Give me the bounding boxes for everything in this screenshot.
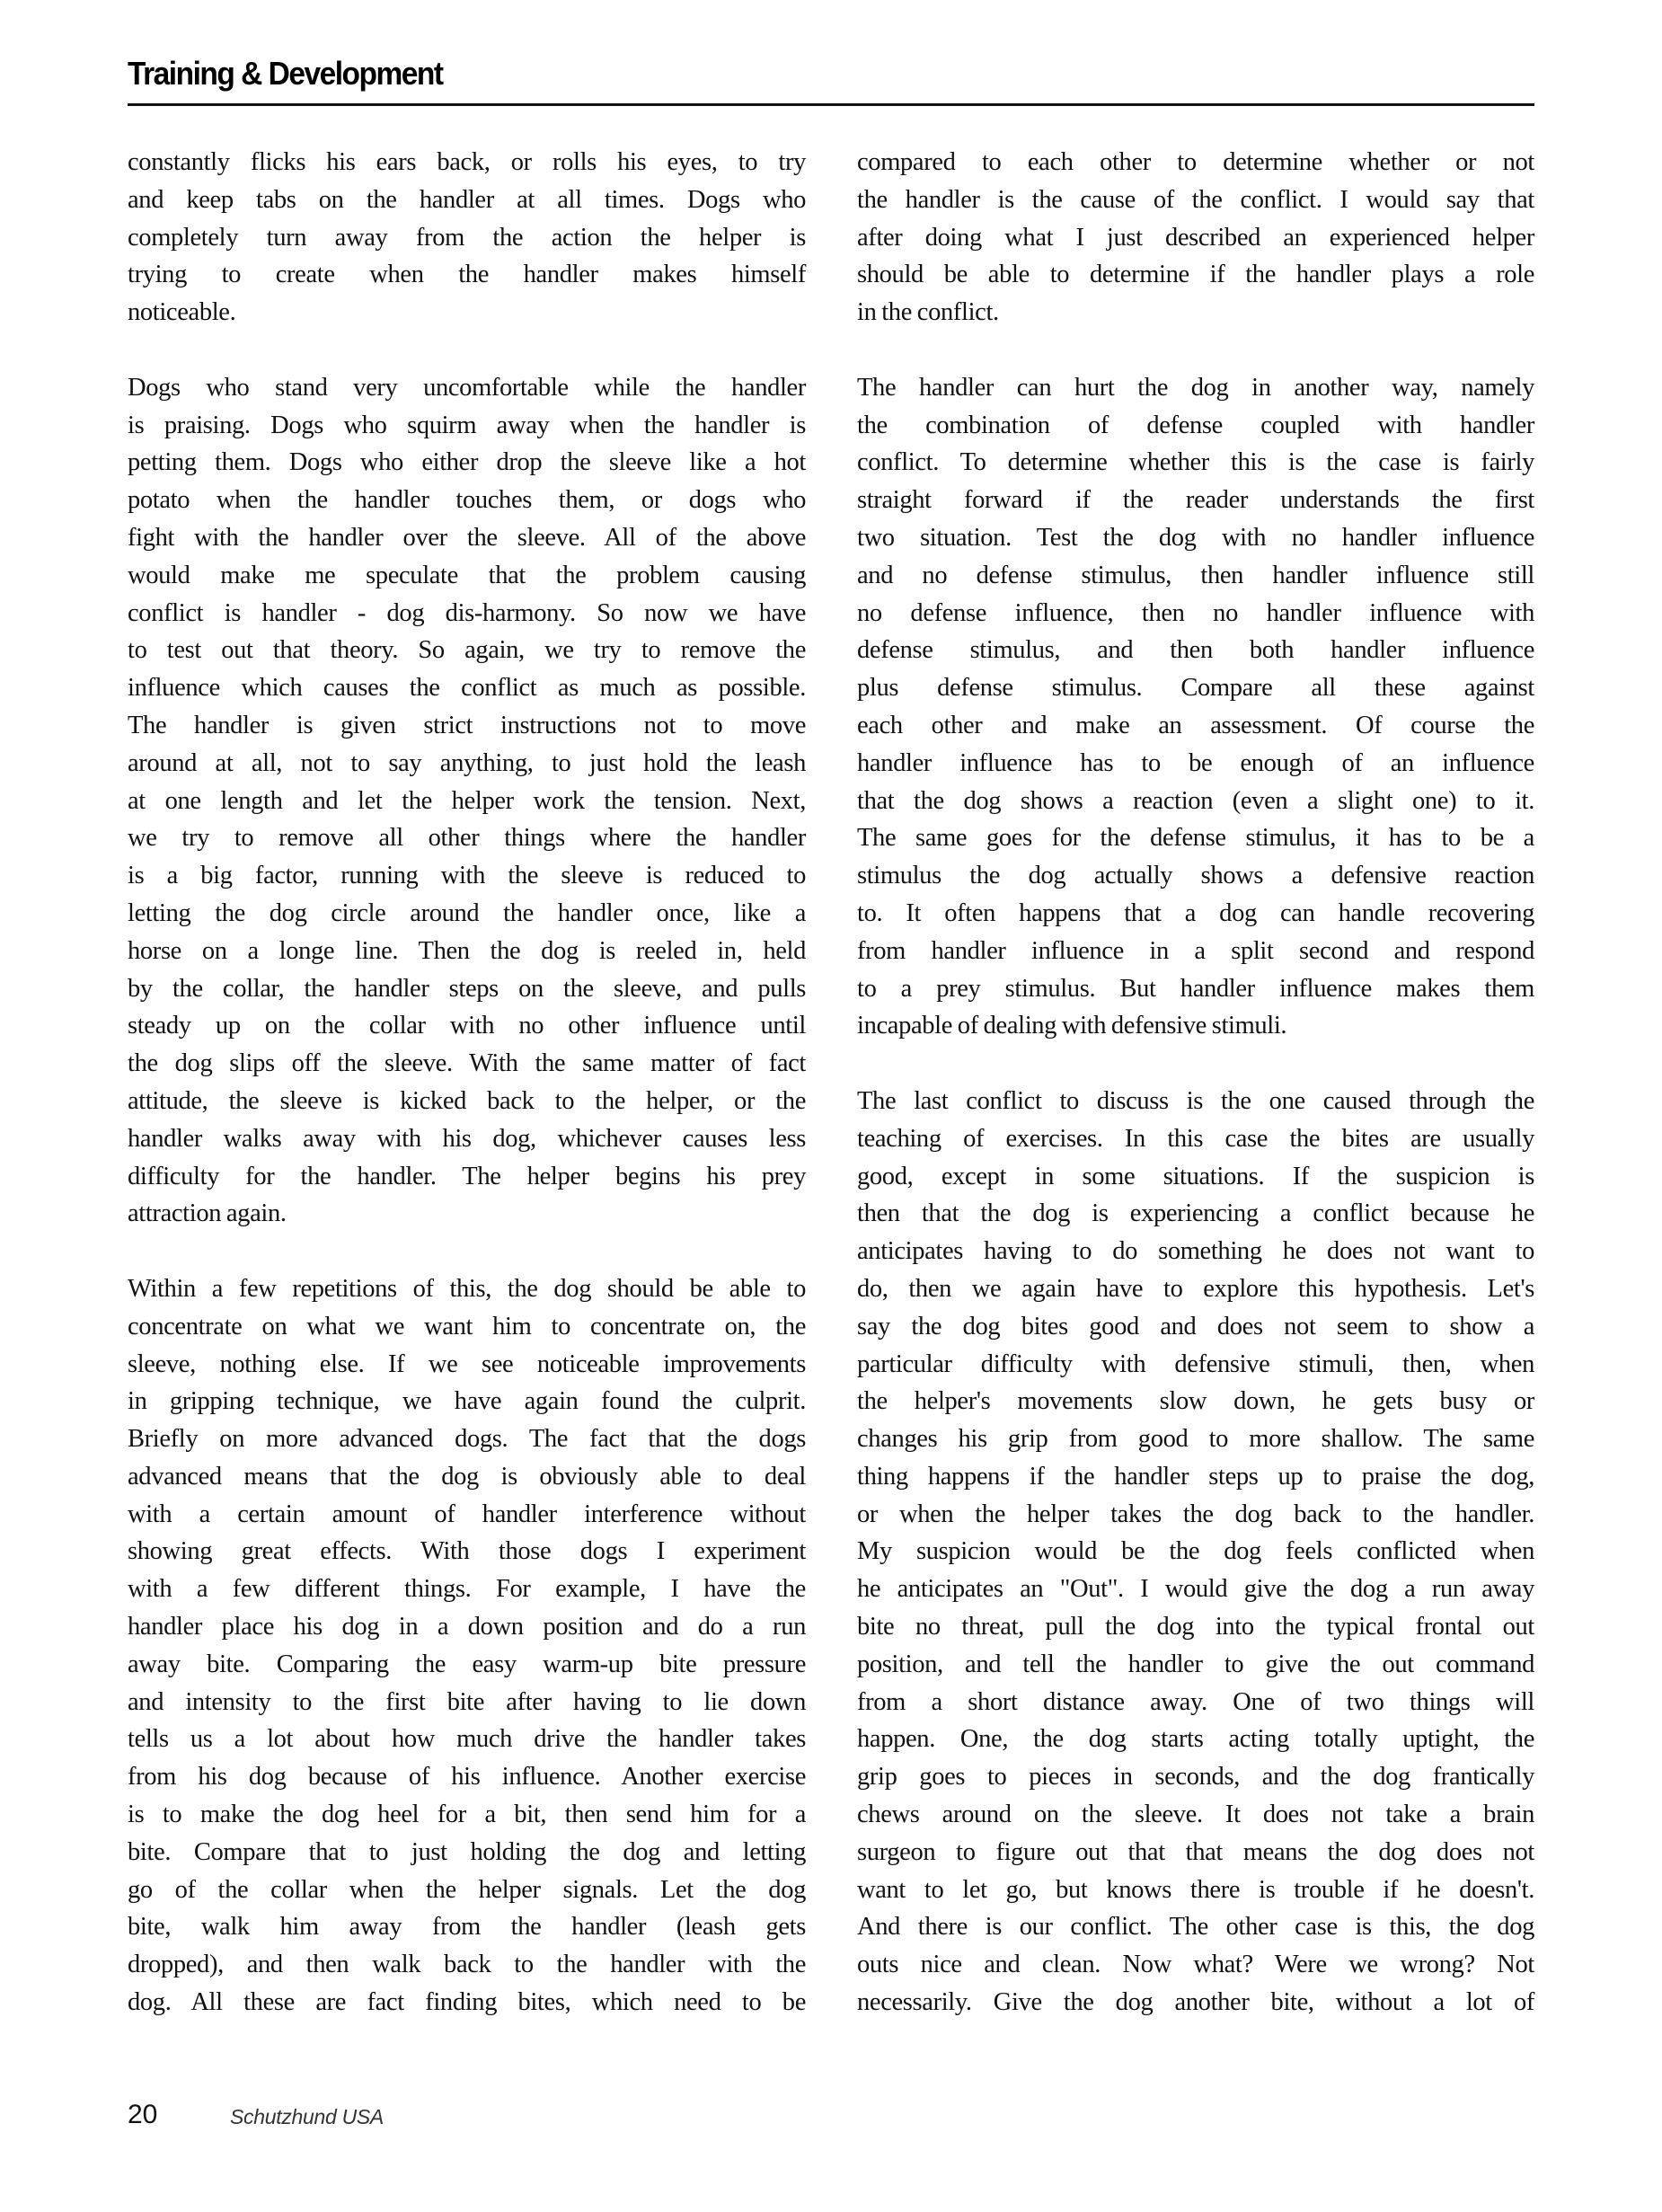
text-line: from a short distance away. One of two t… (857, 1684, 1534, 1721)
text-line: by the collar, the handler steps on the … (128, 970, 806, 1008)
text-line: with a certain amount of handler interfe… (128, 1496, 806, 1534)
text-line: thing happens if the handler steps up to… (857, 1458, 1534, 1496)
text-line: handler place his dog in a down position… (128, 1608, 806, 1646)
text-line: petting them. Dogs who either drop the s… (128, 444, 806, 482)
text-line: away bite. Comparing the easy warm-up bi… (128, 1646, 806, 1684)
body-paragraph: constantly flicks his ears back, or roll… (128, 144, 806, 332)
text-line: difficulty for the handler. The helper b… (128, 1158, 806, 1196)
text-line: do, then we again have to explore this h… (857, 1270, 1534, 1308)
text-line: Briefly on more advanced dogs. The fact … (128, 1420, 806, 1458)
text-line: the helper's movements slow down, he get… (857, 1383, 1534, 1420)
text-line: each other and make an assessment. Of co… (857, 707, 1534, 745)
body-paragraph: compared to each other to determine whet… (857, 144, 1534, 332)
text-line: potato when the handler touches them, or… (128, 482, 806, 519)
text-line: The same goes for the defense stimulus, … (857, 819, 1534, 857)
text-line: conflict. To determine whether this is t… (857, 444, 1534, 482)
text-line: noticeable. (128, 294, 806, 332)
text-line: in the conflict. (857, 294, 1534, 332)
text-line: Dogs who stand very uncomfortable while … (128, 369, 806, 407)
text-line: And there is our conflict. The other cas… (857, 1908, 1534, 1946)
text-line: then that the dog is experiencing a conf… (857, 1195, 1534, 1233)
text-line: chews around on the sleeve. It does not … (857, 1796, 1534, 1834)
text-line: steady up on the collar with no other in… (128, 1007, 806, 1045)
text-line: fight with the handler over the sleeve. … (128, 519, 806, 557)
text-line: completely turn away from the action the… (128, 219, 806, 257)
body-paragraph: Dogs who stand very uncomfortable while … (128, 369, 806, 1233)
text-line: The handler is given strict instructions… (128, 707, 806, 745)
publication-name: Schutzhund USA (230, 2103, 384, 2130)
text-line: want to let go, but knows there is troub… (857, 1871, 1534, 1909)
text-line: he anticipates an "Out". I would give th… (857, 1571, 1534, 1608)
text-line: compared to each other to determine whet… (857, 144, 1534, 181)
text-line: particular difficulty with defensive sti… (857, 1346, 1534, 1384)
text-line: attitude, the sleeve is kicked back to t… (128, 1083, 806, 1120)
text-line: and no defense stimulus, then handler in… (857, 557, 1534, 595)
text-line: go of the collar when the helper signals… (128, 1871, 806, 1909)
text-line: from handler influence in a split second… (857, 933, 1534, 970)
text-line: happen. One, the dog starts acting total… (857, 1721, 1534, 1758)
text-line: at one length and let the helper work th… (128, 783, 806, 820)
text-line: with a few different things. For example… (128, 1571, 806, 1608)
text-line: and intensity to the first bite after ha… (128, 1684, 806, 1721)
text-line: Within a few repetitions of this, the do… (128, 1270, 806, 1308)
text-line: trying to create when the handler makes … (128, 256, 806, 294)
text-line: we try to remove all other things where … (128, 819, 806, 857)
text-line: outs nice and clean. Now what? Were we w… (857, 1946, 1534, 1984)
text-line: would make me speculate that the problem… (128, 557, 806, 595)
text-line: My suspicion would be the dog feels conf… (857, 1533, 1534, 1571)
text-line: horse on a longe line. Then the dog is r… (128, 933, 806, 970)
right-column: compared to each other to determine whet… (857, 144, 1534, 2022)
text-line: after doing what I just described an exp… (857, 219, 1534, 257)
body-paragraph: Within a few repetitions of this, the do… (128, 1270, 806, 2022)
text-line: around at all, not to say anything, to j… (128, 745, 806, 783)
body-paragraph: The last conflict to discuss is the one … (857, 1083, 1534, 2022)
text-line: plus defense stimulus. Compare all these… (857, 669, 1534, 707)
text-line: dog. All these are fact finding bites, w… (128, 1984, 806, 2022)
page-number: 20 (128, 2099, 157, 2131)
text-line: good, except in some situations. If the … (857, 1158, 1534, 1196)
text-line: the dog slips off the sleeve. With the s… (128, 1045, 806, 1083)
text-line: should be able to determine if the handl… (857, 256, 1534, 294)
text-line: constantly flicks his ears back, or roll… (128, 144, 806, 181)
text-line: advanced means that the dog is obviously… (128, 1458, 806, 1496)
section-title: Training & Development (128, 52, 442, 95)
text-line: to. It often happens that a dog can hand… (857, 895, 1534, 933)
body-paragraph: The handler can hurt the dog in another … (857, 369, 1534, 1045)
page-footer: 20 Schutzhund USA (128, 2099, 667, 2135)
text-line: no defense influence, then no handler in… (857, 595, 1534, 633)
text-line: necessarily. Give the dog another bite, … (857, 1984, 1534, 2022)
text-line: influence which causes the conflict as m… (128, 669, 806, 707)
text-line: handler influence has to be enough of an… (857, 745, 1534, 783)
text-line: two situation. Test the dog with no hand… (857, 519, 1534, 557)
text-line: handler walks away with his dog, whichev… (128, 1120, 806, 1158)
text-line: position, and tell the handler to give t… (857, 1646, 1534, 1684)
text-line: concentrate on what we want him to conce… (128, 1308, 806, 1346)
text-line: or when the helper takes the dog back to… (857, 1496, 1534, 1534)
text-line: sleeve, nothing else. If we see noticeab… (128, 1346, 806, 1384)
text-line: anticipates having to do something he do… (857, 1233, 1534, 1270)
text-line: defense stimulus, and then both handler … (857, 632, 1534, 669)
text-line: conflict is handler - dog dis-harmony. S… (128, 595, 806, 633)
text-line: in gripping technique, we have again fou… (128, 1383, 806, 1420)
text-line: is to make the dog heel for a bit, then … (128, 1796, 806, 1834)
text-line: stimulus the dog actually shows a defens… (857, 857, 1534, 895)
text-line: bite, walk him away from the handler (le… (128, 1908, 806, 1946)
text-line: The handler can hurt the dog in another … (857, 369, 1534, 407)
left-column: constantly flicks his ears back, or roll… (128, 144, 806, 2022)
header-rule (128, 103, 1534, 106)
text-line: and keep tabs on the handler at all time… (128, 181, 806, 219)
text-line: bite no threat, pull the dog into the ty… (857, 1608, 1534, 1646)
text-line: The last conflict to discuss is the one … (857, 1083, 1534, 1120)
text-line: teaching of exercises. In this case the … (857, 1120, 1534, 1158)
text-line: the handler is the cause of the conflict… (857, 181, 1534, 219)
page-header: Training & Development (128, 52, 1534, 95)
text-line: is praising. Dogs who squirm away when t… (128, 407, 806, 445)
text-line: that the dog shows a reaction (even a sl… (857, 783, 1534, 820)
text-line: bite. Compare that to just holding the d… (128, 1834, 806, 1871)
text-line: is a big factor, running with the sleeve… (128, 857, 806, 895)
text-line: tells us a lot about how much drive the … (128, 1721, 806, 1758)
text-line: to test out that theory. So again, we tr… (128, 632, 806, 669)
text-line: dropped), and then walk back to the hand… (128, 1946, 806, 1984)
text-line: changes his grip from good to more shall… (857, 1420, 1534, 1458)
text-line: showing great effects. With those dogs I… (128, 1533, 806, 1571)
text-line: straight forward if the reader understan… (857, 482, 1534, 519)
text-line: incapable of dealing with defensive stim… (857, 1007, 1534, 1045)
text-line: surgeon to figure out that that means th… (857, 1834, 1534, 1871)
text-line: grip goes to pieces in seconds, and the … (857, 1758, 1534, 1796)
text-line: say the dog bites good and does not seem… (857, 1308, 1534, 1346)
text-line: from his dog because of his influence. A… (128, 1758, 806, 1796)
text-line: letting the dog circle around the handle… (128, 895, 806, 933)
text-line: attraction again. (128, 1195, 806, 1233)
text-line: to a prey stimulus. But handler influenc… (857, 970, 1534, 1008)
text-line: the combination of defense coupled with … (857, 407, 1534, 445)
